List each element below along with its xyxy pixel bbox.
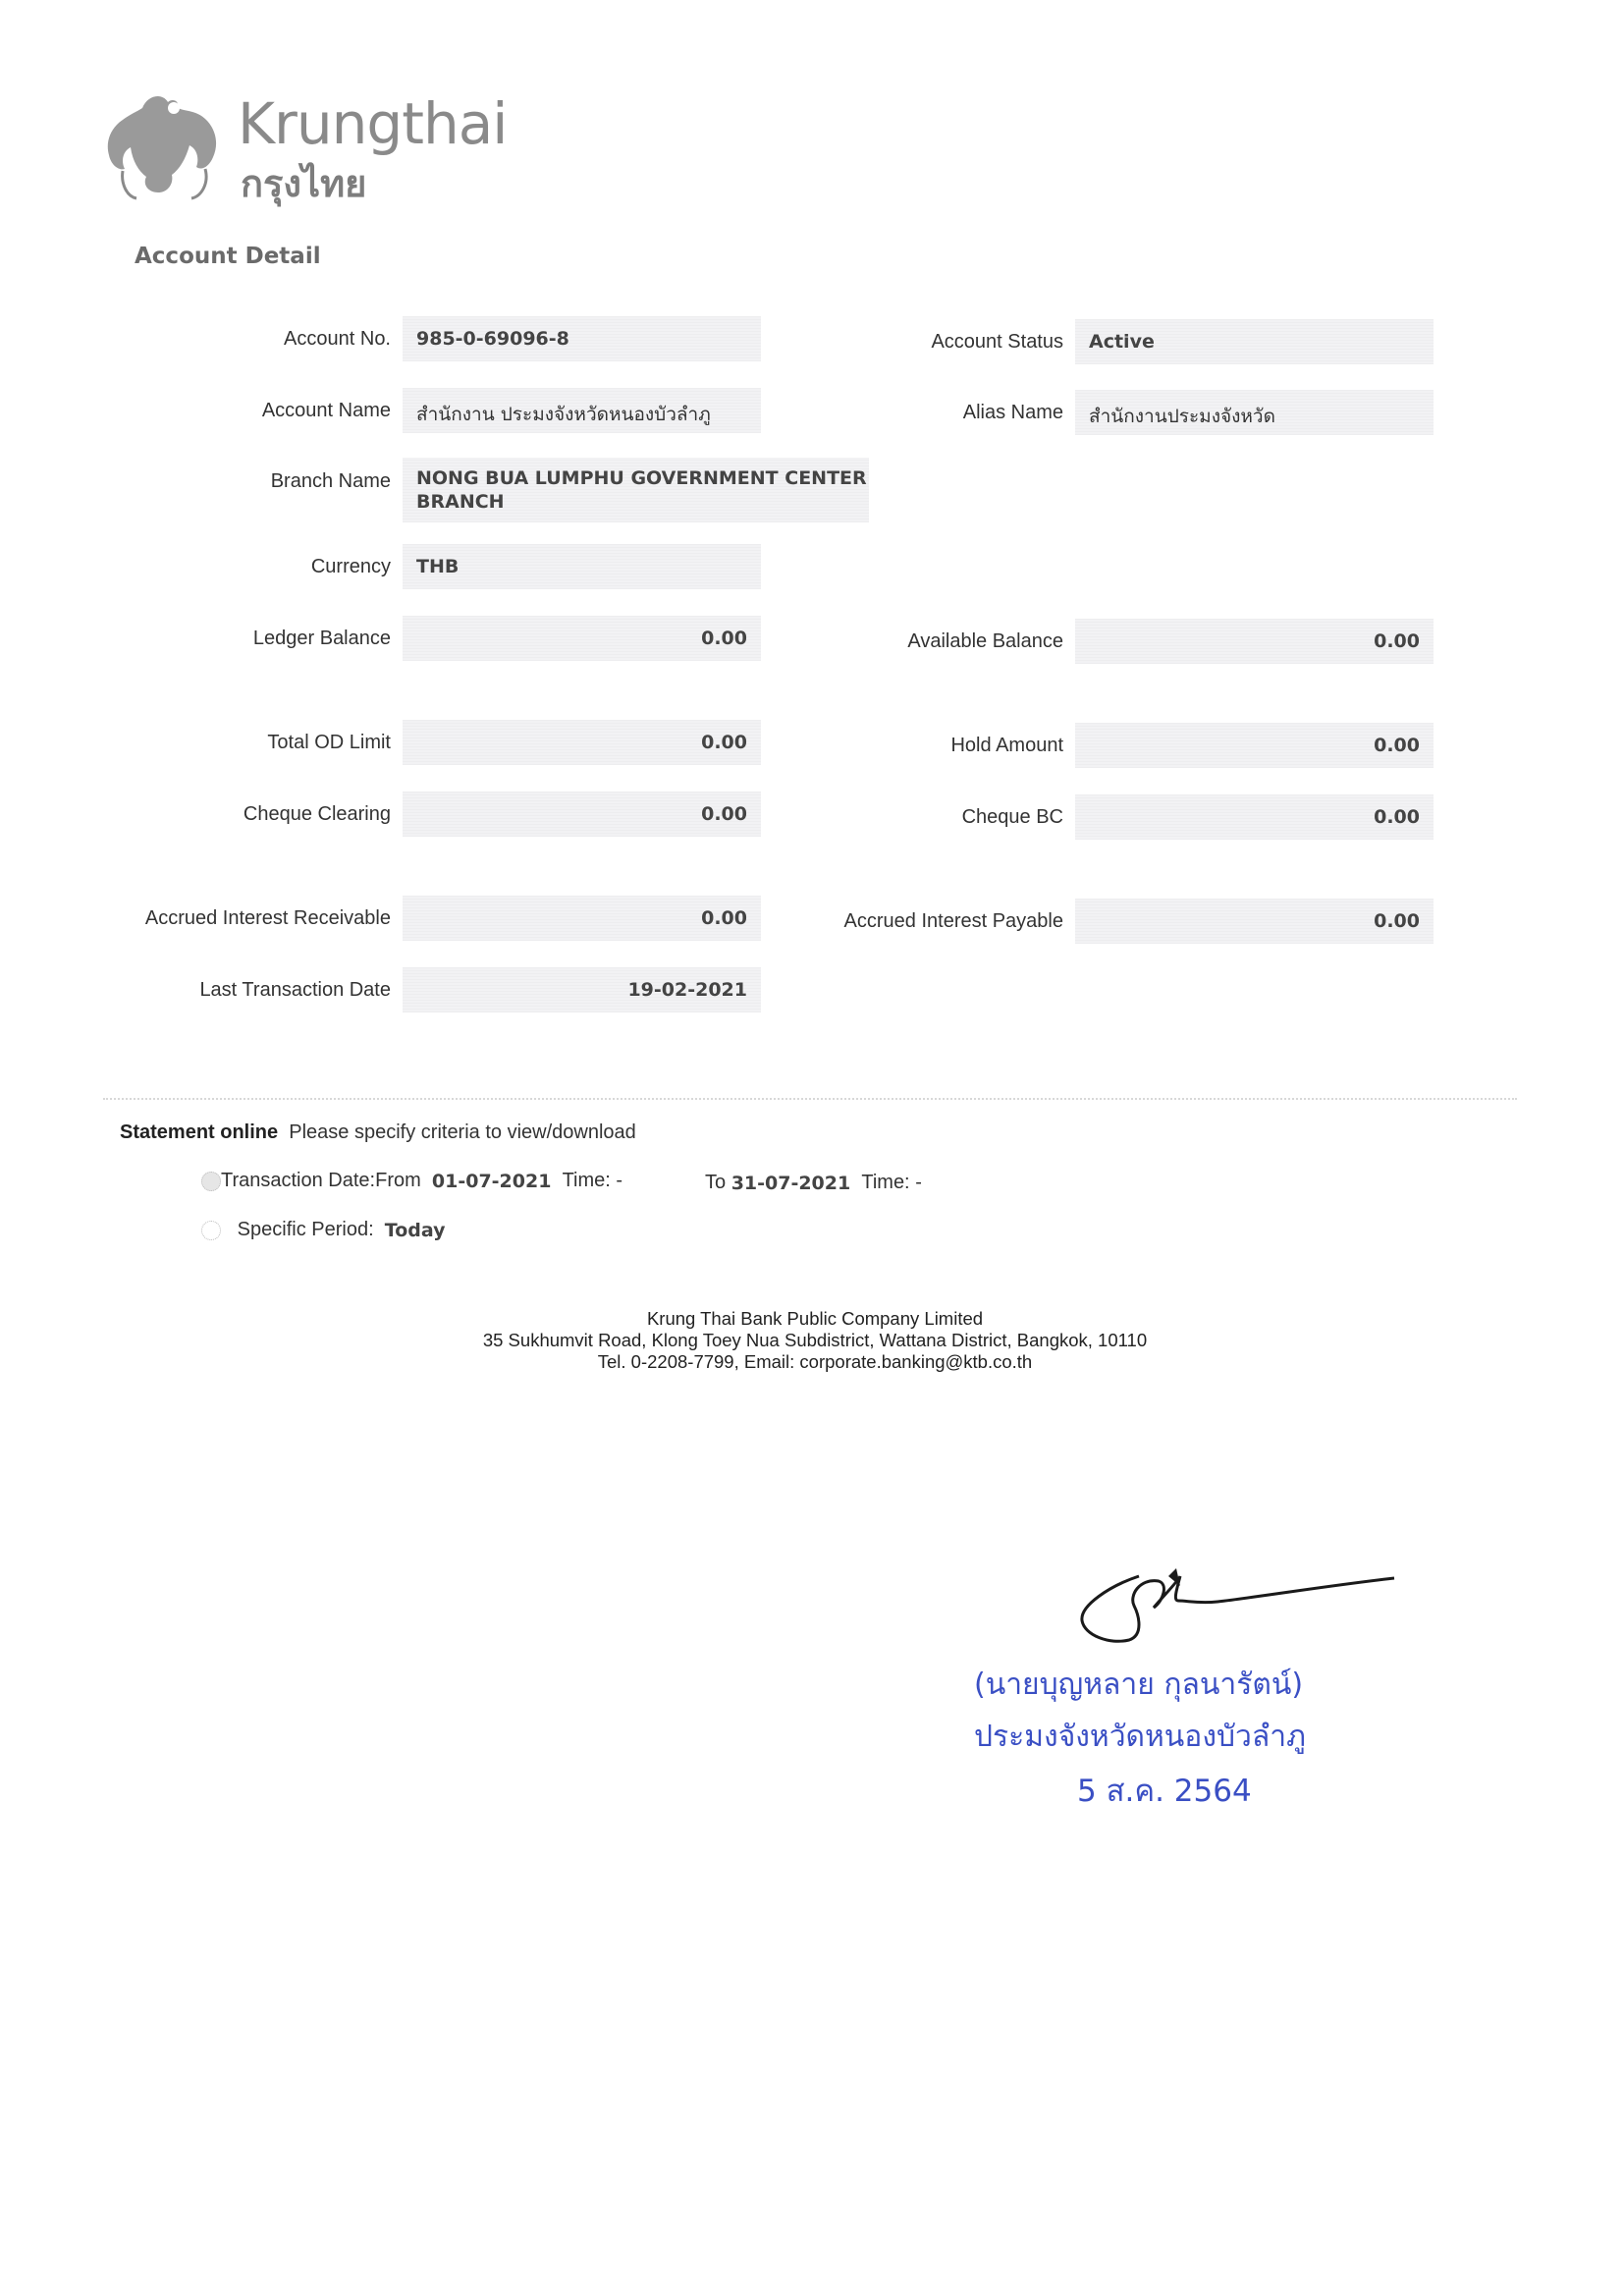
- last-transaction-date-field: 19-02-2021: [403, 967, 761, 1012]
- total-od-limit-label: Total OD Limit: [37, 732, 391, 754]
- krungthai-logo: Krungthai กรุงไทย: [103, 90, 515, 208]
- accrued-interest-receivable-label: Accrued Interest Receivable: [37, 907, 391, 930]
- brand-name-th: กรุงไทย: [241, 153, 366, 213]
- account-name-label: Account Name: [37, 400, 391, 422]
- to-date-group: To 31-07-2021 Time: -: [705, 1172, 922, 1194]
- transaction-date-radio[interactable]: [201, 1172, 221, 1191]
- cheque-clearing-field: 0.00: [403, 792, 761, 837]
- account-no-value: 985-0-69096-8: [416, 328, 569, 350]
- account-status-value: Active: [1089, 331, 1155, 353]
- cheque-clearing-label: Cheque Clearing: [37, 803, 391, 826]
- handwritten-signature-icon: [1070, 1557, 1404, 1665]
- ledger-balance-field: 0.00: [403, 616, 761, 661]
- last-transaction-date-value: 19-02-2021: [627, 979, 747, 1001]
- currency-field: THB: [403, 544, 761, 589]
- account-status-label: Account Status: [710, 331, 1063, 354]
- account-name-value: สำนักงาน ประมงจังหวัดหนองบัวลำภู: [416, 400, 711, 429]
- branch-name-value-line1: NONG BUA LUMPHU GOVERNMENT CENTER: [416, 467, 867, 489]
- from-label: From: [375, 1170, 421, 1192]
- branch-name-field: NONG BUA LUMPHU GOVERNMENT CENTER BRANCH: [403, 458, 869, 522]
- from-time-label: Time:: [563, 1170, 611, 1192]
- footer-contact: Tel. 0-2208-7799, Email: corporate.banki…: [324, 1351, 1306, 1373]
- accrued-interest-payable-field: 0.00: [1075, 899, 1434, 944]
- branch-name-label: Branch Name: [37, 470, 391, 493]
- to-time-label: Time:: [861, 1172, 909, 1194]
- alias-name-field: สำนักงานประมงจังหวัด: [1075, 390, 1434, 435]
- ledger-balance-label: Ledger Balance: [37, 628, 391, 650]
- hold-amount-value: 0.00: [1374, 735, 1420, 756]
- signatory-position: ประมงจังหวัดหนองบัวลำภู: [974, 1714, 1306, 1760]
- account-no-label: Account No.: [37, 328, 391, 351]
- transaction-date-label: Transaction Date:: [221, 1170, 375, 1192]
- account-status-field: Active: [1075, 319, 1434, 364]
- specific-period-label: Specific Period:: [238, 1219, 374, 1241]
- from-date-value[interactable]: 01-07-2021: [432, 1171, 552, 1192]
- currency-value: THB: [416, 556, 459, 577]
- accrued-interest-payable-label: Accrued Interest Payable: [710, 910, 1063, 933]
- alias-name-label: Alias Name: [710, 402, 1063, 424]
- statement-online-instruction: Please specify criteria to view/download: [289, 1121, 636, 1143]
- account-name-field: สำนักงาน ประมงจังหวัดหนองบัวลำภู: [403, 388, 761, 433]
- bank-footer: Krung Thai Bank Public Company Limited 3…: [324, 1308, 1306, 1373]
- available-balance-field: 0.00: [1075, 619, 1434, 664]
- garuda-bird-icon: [103, 90, 226, 203]
- footer-address: 35 Sukhumvit Road, Klong Toey Nua Subdis…: [324, 1330, 1306, 1351]
- footer-company: Krung Thai Bank Public Company Limited: [324, 1308, 1306, 1330]
- cheque-bc-field: 0.00: [1075, 794, 1434, 840]
- accrued-interest-receivable-field: 0.00: [403, 896, 761, 941]
- currency-label: Currency: [37, 556, 391, 578]
- cheque-bc-value: 0.00: [1374, 806, 1420, 828]
- to-date-value[interactable]: 31-07-2021: [731, 1173, 851, 1194]
- transaction-date-option[interactable]: Transaction Date: From 01-07-2021 Time: …: [201, 1170, 622, 1192]
- certification-date: 5 ส.ค. 2564: [1077, 1766, 1252, 1815]
- brand-name-en: Krungthai: [238, 90, 507, 157]
- specific-period-value[interactable]: Today: [385, 1220, 446, 1241]
- specific-period-option[interactable]: Specific Period: Today: [201, 1219, 445, 1241]
- accrued-interest-payable-value: 0.00: [1374, 910, 1420, 932]
- to-time-value[interactable]: -: [915, 1172, 922, 1194]
- available-balance-label: Available Balance: [710, 630, 1063, 653]
- signatory-name: (นายบุญหลาย กุลนารัตน์): [974, 1662, 1303, 1708]
- to-label: To: [705, 1172, 726, 1194]
- from-time-value[interactable]: -: [616, 1170, 622, 1192]
- last-transaction-date-label: Last Transaction Date: [37, 979, 391, 1002]
- statement-online-header: Statement online Please specify criteria…: [120, 1121, 636, 1144]
- account-no-field: 985-0-69096-8: [403, 316, 761, 361]
- alias-name-value: สำนักงานประมงจังหวัด: [1089, 402, 1275, 431]
- section-divider: [103, 1098, 1517, 1100]
- section-title-account-detail: Account Detail: [135, 244, 321, 269]
- branch-name-value-line2: BRANCH: [416, 491, 505, 513]
- total-od-limit-field: 0.00: [403, 720, 761, 765]
- available-balance-value: 0.00: [1374, 630, 1420, 652]
- statement-online-title: Statement online: [120, 1121, 278, 1143]
- hold-amount-field: 0.00: [1075, 723, 1434, 768]
- cheque-bc-label: Cheque BC: [710, 806, 1063, 829]
- specific-period-radio[interactable]: [201, 1221, 221, 1240]
- hold-amount-label: Hold Amount: [710, 735, 1063, 757]
